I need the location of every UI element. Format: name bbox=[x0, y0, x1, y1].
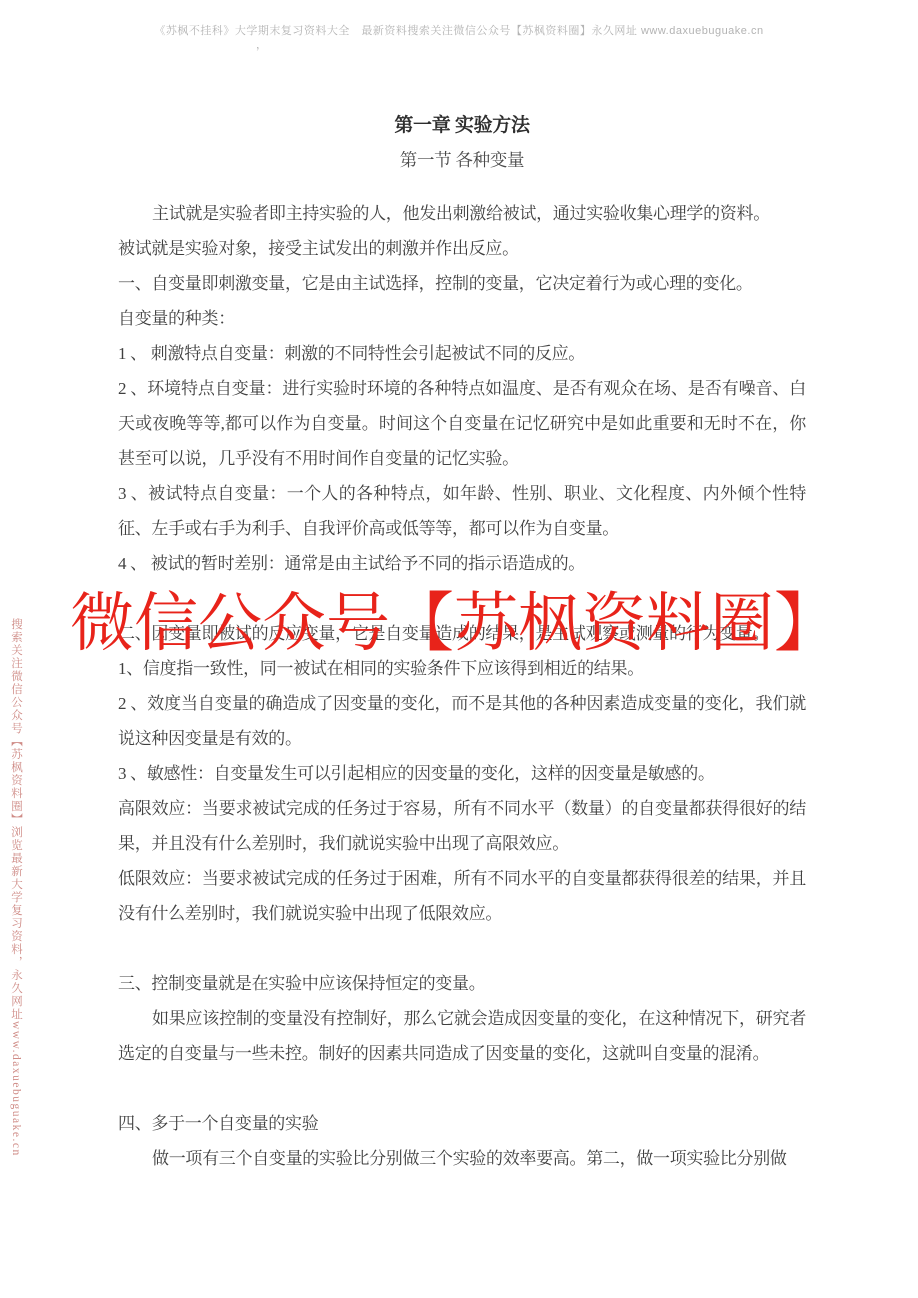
document-page: 《苏枫不挂科》大学期末复习资料大全 最新资料搜索关注微信公众号【苏枫资料圈】永久… bbox=[0, 0, 918, 1298]
paragraph: 一、自变量即刺激变量，它是由主试选择，控制的变量，它决定着行为或心理的变化。 bbox=[118, 266, 806, 301]
paragraphs-container: 主试就是实验者即主持实验的人，他发出刺激给被试，通过实验收集心理学的资料。被试就… bbox=[118, 196, 806, 1176]
document-content: 第一章 实验方法 第一节 各种变量 主试就是实验者即主持实验的人，他发出刺激给被… bbox=[118, 108, 806, 1176]
paragraph: 三、控制变量就是在实验中应该保持恒定的变量。 bbox=[118, 966, 806, 1001]
paragraph: 1、信度指一致性，同一被试在相同的实验条件下应该得到相近的结果。 bbox=[118, 651, 806, 686]
header-wrap-mark: ， bbox=[256, 36, 267, 52]
left-vertical-watermark: 搜索关注微信公众号【苏枫资料圈】浏览最新大学复习资料，永久网址www.daxue… bbox=[8, 618, 24, 1178]
paragraph: 四、多于一个自变量的实验 bbox=[118, 1106, 806, 1141]
paragraph: 4 、 被试的暂时差别：通常是由主试给予不同的指示语造成的。 bbox=[118, 546, 806, 581]
paragraph: 高限效应：当要求被试完成的任务过于容易，所有不同水平（数量）的自变量都获得很好的… bbox=[118, 791, 806, 861]
page-header: 《苏枫不挂科》大学期末复习资料大全 最新资料搜索关注微信公众号【苏枫资料圈】永久… bbox=[0, 22, 918, 38]
paragraph: 2 、效度当自变量的确造成了因变量的变化，而不是其他的各种因素造成变量的变化，我… bbox=[118, 686, 806, 756]
paragraph: 如果应该控制的变量没有控制好，那么它就会造成因变量的变化，在这种情况下，研究者选… bbox=[118, 1001, 806, 1071]
paragraph: 低限效应：当要求被试完成的任务过于困难，所有不同水平的自变量都获得很差的结果，并… bbox=[118, 861, 806, 931]
paragraph: 2 、环境特点自变量：进行实验时环境的各种特点如温度、是否有观众在场、是否有噪音… bbox=[118, 371, 806, 476]
paragraph: 被试就是实验对象，接受主试发出的刺激并作出反应。 bbox=[118, 231, 806, 266]
paragraph: 3 、敏感性：自变量发生可以引起相应的因变量的变化，这样的因变量是敏感的。 bbox=[118, 756, 806, 791]
paragraph: 主试就是实验者即主持实验的人，他发出刺激给被试，通过实验收集心理学的资料。 bbox=[118, 196, 806, 231]
paragraph: 自变量的种类： bbox=[118, 301, 806, 336]
paragraph: 做一项有三个自变量的实验比分别做三个实验的效率要高。第二，做一项实验比分别做 bbox=[118, 1141, 806, 1176]
paragraph: 3 、被试特点自变量：一个人的各种特点，如年龄、性别、职业、文化程度、内外倾个性… bbox=[118, 476, 806, 546]
paragraph: 1 、 刺激特点自变量：刺激的不同特性会引起被试不同的反应。 bbox=[118, 336, 806, 371]
paragraph: 二、因变量即被试的反应变量，它是自变量造成的结果，是主试观察或测量的行为变量。 bbox=[118, 616, 806, 651]
chapter-title: 第一章 实验方法 bbox=[118, 108, 806, 143]
section-title: 第一节 各种变量 bbox=[118, 143, 806, 178]
